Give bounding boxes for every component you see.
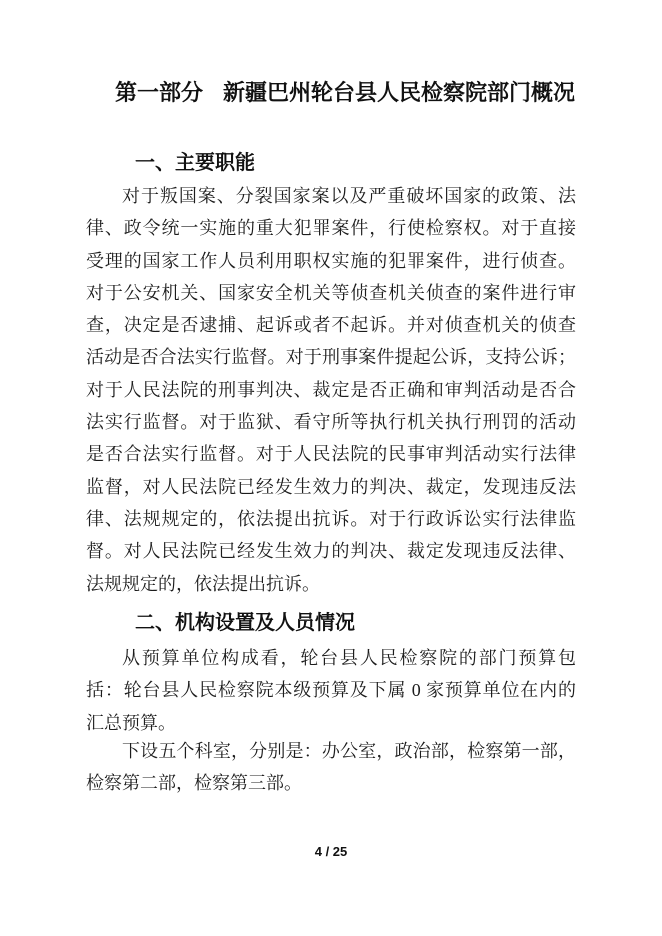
body-line: 是否合法实行监督。对于人民法院的民事审判活动实行法律 — [86, 438, 576, 470]
body-line: 法规规定的，依法提出抗诉。 — [86, 568, 576, 600]
body-line: 活动是否合法实行监督。对于刑事案件提起公诉，支持公诉； — [86, 341, 576, 373]
body-line: 对于人民法院的刑事判决、裁定是否正确和审判活动是否合 — [86, 374, 576, 406]
body-line: 对于叛国案、分裂国家案以及严重破坏国家的政策、法 — [86, 180, 576, 212]
doc-title-part-label: 第一部分 — [115, 78, 203, 108]
body-line: 监督，对人民法院已经发生效力的判决、裁定，发现违反法 — [86, 471, 576, 503]
body-line: 律、法规规定的，依法提出抗诉。对于行政诉讼实行法律监 — [86, 503, 576, 535]
body-line: 律、政令统一实施的重大犯罪案件，行使检察权。对于直接 — [86, 212, 576, 244]
paragraph-departments: 下设五个科室，分别是：办公室，政治部，检察第一部， 检察第二部，检察第三部。 — [86, 735, 576, 800]
body-line: 督。对人民法院已经发生效力的判决、裁定发现违反法律、 — [86, 535, 576, 567]
body-line: 法实行监督。对于监狱、看守所等执行机关执行刑罚的活动 — [86, 406, 576, 438]
doc-title: 第一部分 新疆巴州轮台县人民检察院部门概况 — [0, 78, 662, 108]
paragraph-budget-composition: 从预算单位构成看，轮台县人民检察院的部门预算包 括：轮台县人民检察院本级预算及下… — [86, 642, 576, 739]
body-line: 下设五个科室，分别是：办公室，政治部，检察第一部， — [86, 735, 576, 767]
section-heading-main-functions: 一、主要职能 — [86, 150, 576, 176]
doc-title-text: 新疆巴州轮台县人民检察院部门概况 — [223, 78, 575, 108]
body-line: 查，决定是否逮捕、起诉或者不起诉。并对侦查机关的侦查 — [86, 309, 576, 341]
body-line: 对于公安机关、国家安全机关等侦查机关侦查的案件进行审 — [86, 277, 576, 309]
body-line: 从预算单位构成看，轮台县人民检察院的部门预算包 — [86, 642, 576, 674]
body-line: 括：轮台县人民检察院本级预算及下属 0 家预算单位在内的 — [86, 674, 576, 706]
body-line: 检察第二部，检察第三部。 — [86, 767, 576, 799]
page-number: 4 / 25 — [0, 844, 662, 860]
document-page: 第一部分 新疆巴州轮台县人民检察院部门概况 一、主要职能 对于叛国案、分裂国家案… — [0, 0, 662, 936]
section-heading-organization: 二、机构设置及人员情况 — [86, 610, 576, 636]
body-line: 受理的国家工作人员利用职权实施的犯罪案件，进行侦查。 — [86, 245, 576, 277]
paragraph-main-functions: 对于叛国案、分裂国家案以及严重破坏国家的政策、法 律、政令统一实施的重大犯罪案件… — [86, 180, 576, 600]
